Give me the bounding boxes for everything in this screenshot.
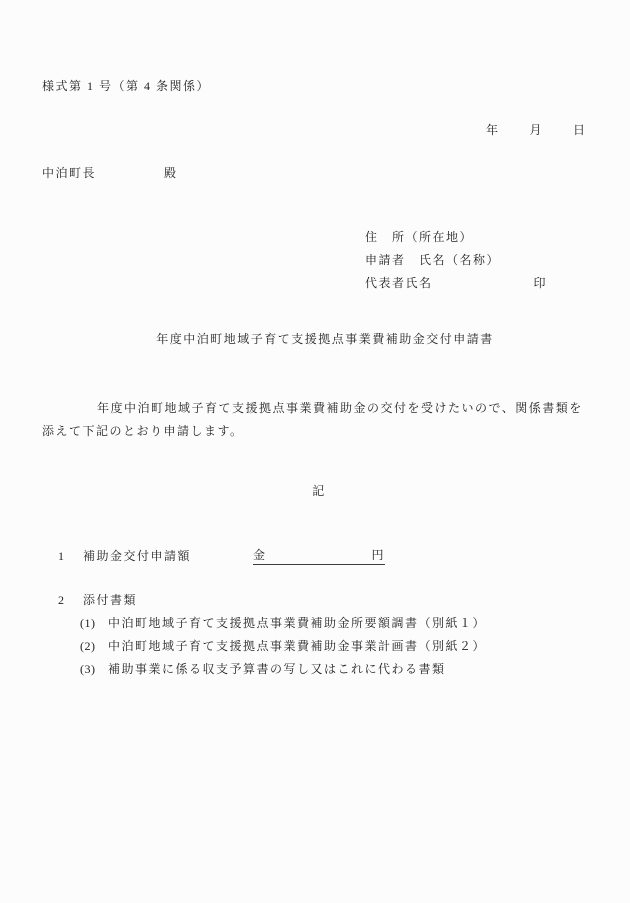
amount-prefix: 金	[253, 549, 267, 561]
representative-line: 代表者氏名 印	[365, 272, 547, 295]
form-number: 様式第 1 号（第 4 条関係）	[42, 80, 210, 92]
document-title: 年度中泊町地域子育て支援拠点事業費補助金交付申請書	[0, 333, 630, 345]
attachment-list: (1) 中泊町地域子育て支援拠点事業費補助金所要額調書（別紙１） (2) 中泊町…	[80, 612, 486, 681]
month-label: 月	[530, 124, 544, 136]
amount-suffix: 円	[371, 549, 385, 561]
attachment-item: (2) 中泊町地域子育て支援拠点事業費補助金事業計画書（別紙２）	[80, 635, 486, 658]
body-line-2: 添えて下記のとおり申請します。	[42, 420, 598, 443]
attachment-marker: (2)	[80, 635, 108, 658]
item-1-label: 補助金交付申請額	[83, 550, 191, 562]
attachment-marker: (1)	[80, 612, 108, 635]
addressee-honorific: 殿	[164, 167, 178, 179]
year-label: 年	[486, 124, 500, 136]
application-form-page: 様式第 1 号（第 4 条関係） 年 月 日 中泊町長 殿 住 所（所在地） 申…	[0, 0, 630, 903]
amount-underline-field: 金 円	[253, 549, 385, 565]
item-2-label: 添付書類	[83, 594, 137, 606]
day-label: 日	[573, 124, 587, 136]
item-2-number: 2	[58, 594, 66, 606]
item-1-number: 1	[58, 550, 66, 562]
addressee-name: 中泊町長	[42, 167, 96, 179]
addressee-line: 中泊町長 殿	[42, 167, 178, 179]
applicant-address-line: 住 所（所在地）	[365, 226, 547, 249]
body-paragraph: 年度中泊町地域子育て支援拠点事業費補助金の交付を受けたいので、関係書類を 添えて…	[42, 397, 598, 443]
attachment-text: 中泊町地域子育て支援拠点事業費補助金事業計画書（別紙２）	[108, 635, 486, 658]
attachment-item: (3) 補助事業に係る収支予算書の写し又はこれに代わる書類	[80, 658, 486, 681]
attachment-marker: (3)	[80, 658, 108, 681]
applicant-name-line: 申請者 氏名（名称）	[365, 249, 547, 272]
seal-label: 印	[533, 272, 547, 295]
attachment-text: 補助事業に係る収支予算書の写し又はこれに代わる書類	[108, 658, 446, 681]
applicant-block: 住 所（所在地） 申請者 氏名（名称） 代表者氏名 印	[365, 226, 547, 295]
attachment-text: 中泊町地域子育て支援拠点事業費補助金所要額調書（別紙１）	[108, 612, 486, 635]
attachment-item: (1) 中泊町地域子育て支援拠点事業費補助金所要額調書（別紙１）	[80, 612, 486, 635]
date-line: 年 月 日	[486, 124, 587, 136]
body-line-1: 年度中泊町地域子育て支援拠点事業費補助金の交付を受けたいので、関係書類を	[42, 397, 598, 420]
representative-label: 代表者氏名	[365, 272, 433, 295]
section-marker: 記	[0, 485, 630, 497]
